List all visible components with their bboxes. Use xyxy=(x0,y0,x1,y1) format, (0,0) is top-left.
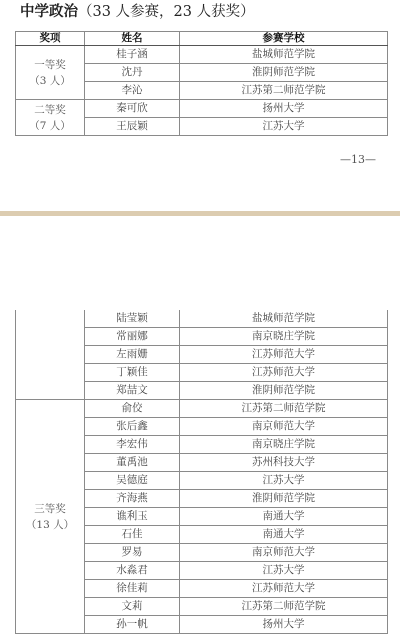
awards-table-page-13: 奖项 姓名 参赛学校 一等奖 （3 人） 桂子涵 盐城师范学院 沈丹 淮阴师范学… xyxy=(15,31,388,136)
name-cell: 丁颖佳 xyxy=(85,364,180,382)
school-cell: 南京晓庄学院 xyxy=(180,436,388,454)
school-cell: 南通大学 xyxy=(180,508,388,526)
name-cell: 左雨姗 xyxy=(85,346,180,364)
prize-cell-second-continued xyxy=(16,310,85,400)
name-cell: 孙一帆 xyxy=(85,616,180,634)
school-cell: 江苏第二师范学院 xyxy=(180,82,388,100)
name-cell: 文莉 xyxy=(85,598,180,616)
table-row: 三等奖 （13 人） 俞佼 江苏第二师范学院 xyxy=(16,400,388,418)
name-cell: 水淼君 xyxy=(85,562,180,580)
table-row: 陆莹颖 盐城师范学院 xyxy=(16,310,388,328)
school-cell: 江苏第二师范学院 xyxy=(180,400,388,418)
name-cell: 郑喆文 xyxy=(85,382,180,400)
page-number: —13— xyxy=(340,153,376,166)
name-cell: 李沁 xyxy=(85,82,180,100)
prize-label: 一等奖 xyxy=(16,57,84,73)
school-cell: 盐城师范学院 xyxy=(180,310,388,328)
header-prize: 奖项 xyxy=(16,32,85,46)
school-cell: 江苏师范大学 xyxy=(180,580,388,598)
school-cell: 江苏师范大学 xyxy=(180,346,388,364)
name-cell: 陆莹颖 xyxy=(85,310,180,328)
table-row: 二等奖 （7 人） 秦可欣 扬州大学 xyxy=(16,100,388,118)
awards-table-page-14: 陆莹颖 盐城师范学院 常丽娜 南京晓庄学院 左雨姗 江苏师范大学 丁颖佳 江苏师… xyxy=(15,310,388,634)
school-cell: 江苏大学 xyxy=(180,562,388,580)
name-cell: 石佳 xyxy=(85,526,180,544)
subject-heading: 中学政治 xyxy=(20,4,78,20)
school-cell: 江苏师范大学 xyxy=(180,364,388,382)
name-cell: 王辰颖 xyxy=(85,118,180,136)
prize-cell-first: 一等奖 （3 人） xyxy=(16,46,85,100)
school-cell: 江苏大学 xyxy=(180,118,388,136)
name-cell: 徐佳莉 xyxy=(85,580,180,598)
name-cell: 俞佼 xyxy=(85,400,180,418)
school-cell: 南通大学 xyxy=(180,526,388,544)
header-name: 姓名 xyxy=(85,32,180,46)
school-cell: 淮阴师范学院 xyxy=(180,64,388,82)
name-cell: 常丽娜 xyxy=(85,328,180,346)
school-cell: 扬州大学 xyxy=(180,100,388,118)
header-school: 参赛学校 xyxy=(180,32,388,46)
section-title: 中学政治（33 人参赛，23 人获奖） xyxy=(20,2,255,22)
name-cell: 齐海燕 xyxy=(85,490,180,508)
name-cell: 张后鑫 xyxy=(85,418,180,436)
table-header-row: 奖项 姓名 参赛学校 xyxy=(16,32,388,46)
school-cell: 南京师范大学 xyxy=(180,418,388,436)
school-cell: 江苏大学 xyxy=(180,472,388,490)
school-cell: 淮阴师范学院 xyxy=(180,382,388,400)
school-cell: 南京晓庄学院 xyxy=(180,328,388,346)
school-cell: 苏州科技大学 xyxy=(180,454,388,472)
name-cell: 桂子涵 xyxy=(85,46,180,64)
school-cell: 南京师范大学 xyxy=(180,544,388,562)
name-cell: 沈丹 xyxy=(85,64,180,82)
prize-count: （3 人） xyxy=(16,73,84,89)
school-cell: 扬州大学 xyxy=(180,616,388,634)
prize-cell-third: 三等奖 （13 人） xyxy=(16,400,85,634)
prize-cell-second: 二等奖 （7 人） xyxy=(16,100,85,136)
table-row: 一等奖 （3 人） 桂子涵 盐城师范学院 xyxy=(16,46,388,64)
school-cell: 盐城师范学院 xyxy=(180,46,388,64)
name-cell: 罗易 xyxy=(85,544,180,562)
name-cell: 秦可欣 xyxy=(85,100,180,118)
page-separator xyxy=(0,211,400,216)
prize-count: （13 人） xyxy=(16,517,84,533)
prize-label: 三等奖 xyxy=(16,501,84,517)
school-cell: 江苏第二师范学院 xyxy=(180,598,388,616)
school-cell: 淮阴师范学院 xyxy=(180,490,388,508)
participant-summary: （33 人参赛，23 人获奖） xyxy=(78,4,255,20)
prize-count: （7 人） xyxy=(16,118,84,134)
name-cell: 李宏伟 xyxy=(85,436,180,454)
name-cell: 谯利玉 xyxy=(85,508,180,526)
name-cell: 董禹池 xyxy=(85,454,180,472)
name-cell: 吴德庭 xyxy=(85,472,180,490)
prize-label: 二等奖 xyxy=(16,102,84,118)
